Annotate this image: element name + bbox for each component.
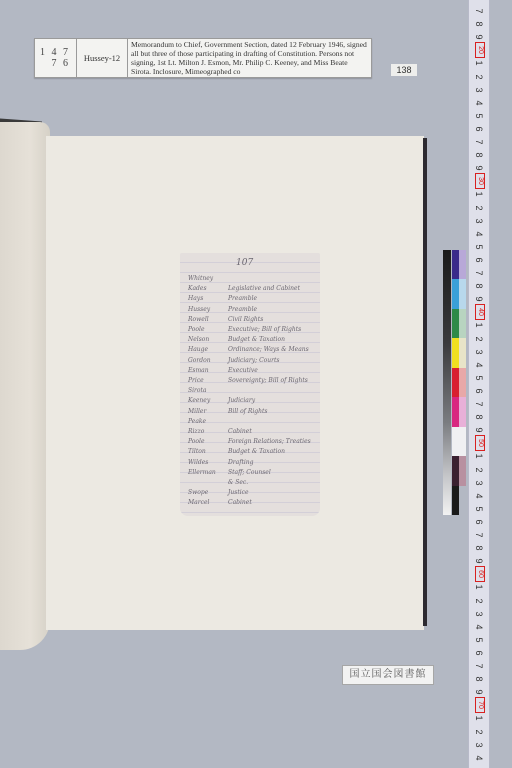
ruler-mark: 8	[474, 672, 484, 686]
ruler-mark: 6	[474, 122, 484, 136]
color-patch-light	[459, 338, 466, 367]
note-entry-role: Ordinance; Ways & Means	[228, 346, 309, 353]
color-patch-light	[459, 368, 466, 397]
note-entry-name: Sirota	[188, 387, 207, 394]
note-entry-name: Price	[188, 377, 204, 384]
catalog-number-bottom: 7 6	[52, 58, 71, 69]
ruler-mark: 6	[474, 515, 484, 529]
ruler-mark: 1	[474, 711, 484, 725]
book-left-page	[0, 122, 50, 650]
ruler-mark: 2	[474, 332, 484, 346]
color-patch-light	[459, 456, 466, 485]
ruler-mark: 4	[474, 489, 484, 503]
note-entry-role: Sovereignty; Bill of Rights	[228, 377, 308, 384]
note-entry-name: Poole	[188, 326, 205, 333]
ruler-mark: 4	[474, 751, 484, 765]
document-description: Memorandum to Chief, Government Section,…	[128, 39, 371, 77]
ruler-mark: 1	[474, 187, 484, 201]
color-calibration-strip	[443, 250, 466, 515]
ruler-mark: 4	[474, 358, 484, 372]
color-patch	[452, 309, 459, 338]
ruler-mark: 4	[474, 227, 484, 241]
catalog-number: 1 4 7 7 6	[35, 39, 77, 77]
ruler-mark: 3	[474, 738, 484, 752]
note-entry-name: Ellerman	[188, 469, 216, 476]
ruler-mark: 2	[474, 463, 484, 477]
note-entry-name: Hauge	[188, 346, 208, 353]
color-patch-light	[459, 279, 466, 308]
ruler-mark: 8	[474, 279, 484, 293]
ruler-mark: 4	[474, 96, 484, 110]
ruler-mark: 3	[474, 345, 484, 359]
note-entry-name: Nelson	[188, 336, 209, 343]
library-stamp: 国立国会図書館	[342, 665, 434, 685]
note-entry-role: Executive	[228, 367, 258, 374]
ruler-mark: 3	[474, 607, 484, 621]
ruler-mark: 7	[474, 659, 484, 673]
ruler-mark: 7	[474, 528, 484, 542]
note-entry-role: Preamble	[228, 306, 257, 313]
note-entry-name: Hays	[188, 295, 203, 302]
note-entry-name: Esman	[188, 367, 209, 374]
note-entry-role: Drafting	[228, 459, 254, 466]
ruler-mark: 8	[474, 17, 484, 31]
ruler-mark: 3	[474, 214, 484, 228]
note-entry-role: Justice	[228, 489, 249, 496]
note-entry-role: Bill of Rights	[228, 408, 267, 415]
ruler-mark: 7	[474, 266, 484, 280]
color-patch-light	[459, 250, 466, 279]
ruler-mark: 3	[474, 476, 484, 490]
note-entry-role: Executive; Bill of Rights	[228, 326, 301, 333]
color-patch	[452, 456, 459, 485]
catalog-label: 1 4 7 7 6 Hussey-12 Memorandum to Chief,…	[34, 38, 372, 78]
note-entry-name: Poole	[188, 438, 205, 445]
note-entry-name: Marcel	[188, 499, 209, 506]
ruler-mark: 4	[474, 620, 484, 634]
color-patch	[452, 368, 459, 397]
note-entry-name: Kades	[188, 285, 207, 292]
ruler-mark: 2	[474, 594, 484, 608]
color-patch-light	[459, 486, 466, 515]
note-entry-name: Keeney	[188, 397, 210, 404]
book-spine	[423, 138, 427, 626]
note-entry-name: Tilton	[188, 448, 206, 455]
note-entry-name: Miller	[188, 408, 206, 415]
note-entry-role: Foreign Relations; Treaties	[228, 438, 311, 445]
note-entry-role: Budget & Taxation	[228, 336, 285, 343]
ruler-mark: 1	[474, 580, 484, 594]
color-patch-light	[459, 427, 466, 456]
ruler-mark: 5	[474, 502, 484, 516]
ruler-mark: 1	[474, 449, 484, 463]
ruler-mark: 6	[474, 253, 484, 267]
note-entry-role: Staff; Counsel	[228, 469, 271, 476]
color-patch	[452, 338, 459, 367]
ruler-mark: 6	[474, 384, 484, 398]
note-entry-name: Rizzo	[188, 428, 204, 435]
ruler-mark: 8	[474, 410, 484, 424]
ruler-mark: 5	[474, 633, 484, 647]
handwritten-note: 107 WhitneyKadesLegislative and CabinetH…	[180, 253, 320, 516]
note-entry-name: Peake	[188, 418, 206, 425]
note-entry-name: Wildes	[188, 459, 208, 466]
note-entry-name: Rowell	[188, 316, 209, 323]
ruler-mark: 5	[474, 240, 484, 254]
ruler-mark: 2	[474, 725, 484, 739]
ruler-mark: 5	[474, 109, 484, 123]
note-entry-role: Legislative and Cabinet	[228, 285, 300, 292]
page-number-tag: 138	[391, 64, 417, 76]
note-entry-role: Cabinet	[228, 428, 252, 435]
color-patch	[452, 279, 459, 308]
ruler-mark: 1	[474, 56, 484, 70]
color-patch-light	[459, 309, 466, 338]
measurement-ruler: 7892012345678930123456789401234567895012…	[468, 0, 490, 768]
color-patch	[452, 486, 459, 515]
note-entry-role: Cabinet	[228, 499, 252, 506]
note-entry-role: Preamble	[228, 295, 257, 302]
color-patch	[452, 250, 459, 279]
ruler-mark: 3	[474, 83, 484, 97]
ruler-mark: 8	[474, 148, 484, 162]
note-header: 107	[236, 258, 253, 268]
note-entry-role: Civil Rights	[228, 316, 263, 323]
ruler-mark: 7	[474, 135, 484, 149]
note-entry-name: Whitney	[188, 275, 213, 282]
ruler-mark: 5	[474, 371, 484, 385]
note-entry-name: Hussey	[188, 306, 210, 313]
ruler-mark: 7	[474, 4, 484, 18]
ruler-mark: 2	[474, 201, 484, 215]
collection-id: Hussey-12	[77, 39, 128, 77]
ruler-mark: 7	[474, 397, 484, 411]
note-entry-name: Swope	[188, 489, 208, 496]
note-entry-name: Gordon	[188, 357, 211, 364]
grayscale-bar	[443, 250, 451, 515]
ruler-mark: 1	[474, 318, 484, 332]
ruler-mark: 2	[474, 70, 484, 84]
color-patch-light	[459, 397, 466, 426]
note-entry-role: Judiciary; Courts	[228, 357, 280, 364]
ruler-mark: 6	[474, 646, 484, 660]
ruler-mark: 8	[474, 541, 484, 555]
catalog-number-top: 1 4 7	[40, 47, 70, 58]
note-entry-role: Budget & Taxation	[228, 448, 285, 455]
note-entry-role: & Sec.	[228, 479, 248, 486]
color-patch	[452, 427, 459, 456]
color-patch	[452, 397, 459, 426]
note-entry-role: Judiciary	[228, 397, 255, 404]
